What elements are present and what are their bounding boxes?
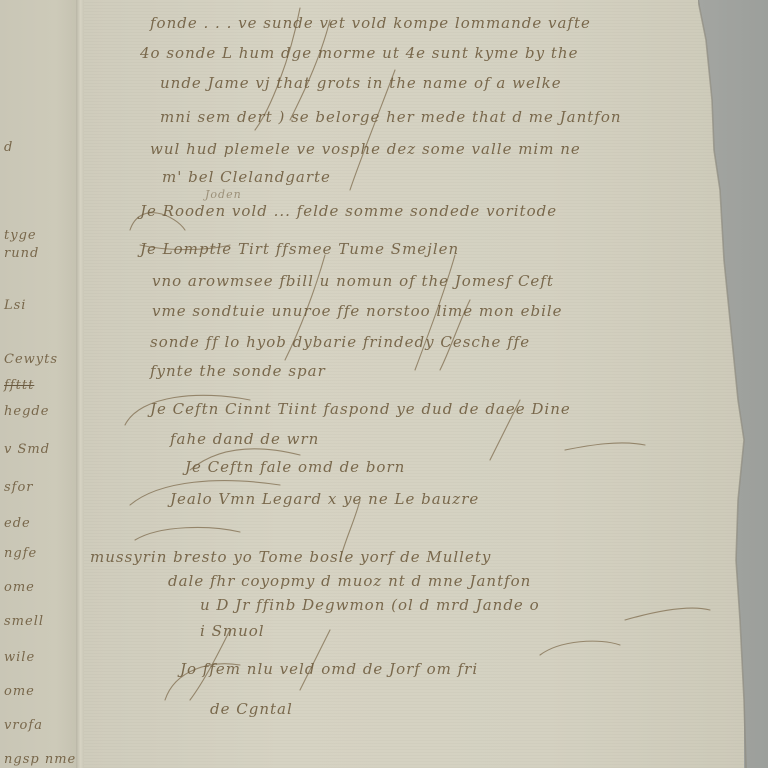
margin-line: Cewyts <box>4 352 58 367</box>
manuscript-line: Je Lomptle Tirt ffsmee Tume Smejlen <box>140 240 459 258</box>
manuscript-line: sonde ff lo hyob dybarie frindedy Cesche… <box>150 333 530 351</box>
margin-line: Lsi <box>4 298 26 313</box>
margin-line: vrofa <box>4 718 43 733</box>
margin-line: ome <box>4 684 35 699</box>
margin-line: ffttt <box>4 378 34 393</box>
manuscript-line: Jealo Vmn Legard x ye ne Le bauzre <box>170 490 479 508</box>
margin-line: hegde <box>4 404 49 419</box>
margin-line: tyge <box>4 228 37 243</box>
manuscript-line: de Cgntal <box>210 700 293 718</box>
manuscript-line: Je Ceftn Cinnt Tiint faspond ye dud de d… <box>150 400 571 418</box>
manuscript-line: unde Jame vj that grots in the name of a… <box>160 74 562 92</box>
manuscript-line: m' bel Clelandgarte <box>162 168 331 186</box>
manuscript-line: u D Jr ffinb Degwmon (ol d mrd Jande o <box>200 596 540 614</box>
manuscript-line: vno arowmsee fbill u nomun of the Jomesf… <box>152 272 554 290</box>
margin-line: smell <box>4 614 44 629</box>
manuscript-line: 4o sonde L hum dge morme ut 4e sunt kyme… <box>140 44 578 62</box>
manuscript-line: Joden <box>205 188 242 201</box>
manuscript-line: Jo ffem nlu veld omd de Jorf om fri <box>180 660 478 678</box>
margin-line: wile <box>4 650 35 665</box>
manuscript-line: i Smuol <box>200 622 265 640</box>
margin-line: ome <box>4 580 35 595</box>
margin-line: ngfe <box>4 546 37 561</box>
margin-line: ede <box>4 516 31 531</box>
margin-line: rund <box>4 246 39 261</box>
margin-line: v Smd <box>4 442 50 457</box>
manuscript-line: fonde . . . ve sunde vet vold kompe lomm… <box>150 14 591 32</box>
margin-line: ngsp nme <box>4 752 76 767</box>
manuscript-line: wul hud plemele ve vosphe dez some valle… <box>150 140 581 158</box>
margin-line: d <box>4 140 13 155</box>
manuscript-line: Je Rooden vold ... felde somme sondede v… <box>140 202 557 220</box>
document-photo: fonde . . . ve sunde vet vold kompe lomm… <box>0 0 768 768</box>
manuscript-line: vme sondtuie unuroe ffe norstoo lime mon… <box>152 302 563 320</box>
manuscript-line: Je Ceftn fale omd de born <box>185 458 405 476</box>
manuscript-line: mni sem dert ) se belorge her mede that … <box>160 108 622 126</box>
margin-line: sfor <box>4 480 34 495</box>
manuscript-line: fynte the sonde spar <box>150 362 326 380</box>
manuscript-line: mussyrin bresto yo Tome bosle yorf de Mu… <box>90 548 491 566</box>
manuscript-line: fahe dand de wrn <box>170 430 319 448</box>
manuscript-line: dale fhr coyopmy d muoz nt d mne Jantfon <box>168 572 531 590</box>
